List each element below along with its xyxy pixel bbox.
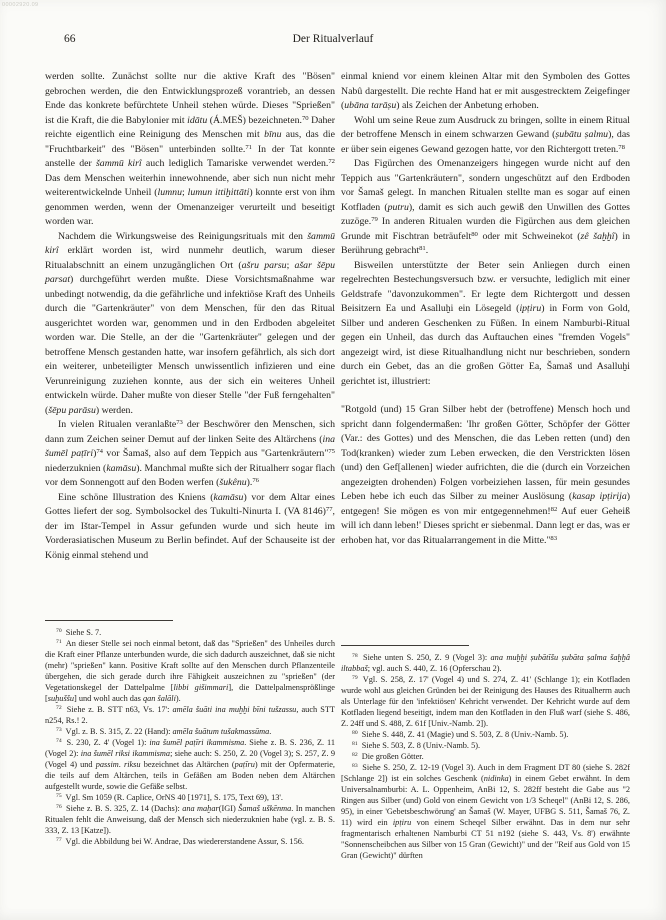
italic-term: qan šalāli — [143, 694, 176, 703]
left-column-body-text: werden sollte. Zunächst sollte nur die a… — [45, 70, 335, 563]
text-run: Siehe z. B. S. 325, Z. 14 (Dachs): — [64, 804, 183, 813]
footnote: 78 Siehe unten S. 250, Z. 9 (Vogel 3): a… — [341, 652, 630, 674]
footnote-reference: 72 — [328, 158, 335, 165]
footnote: 82 Die großen Götter. — [341, 751, 630, 762]
text-run: Die großen Götter. — [360, 752, 424, 761]
text-run: Vgl. S. 258, Z. 17' (Vogel 4) und S. 274… — [341, 675, 630, 728]
text-run: bezeichnet das Altärchen ( — [141, 760, 235, 769]
footnote: 75 Vgl. Sm 1059 (R. Caplice, OrNS 40 [19… — [45, 792, 335, 803]
text-run: ; vgl. auch S. 440, Z. 16 (Opferschau 2)… — [368, 664, 502, 673]
italic-term: paṭīru — [235, 760, 255, 769]
italic-term: riksu — [124, 760, 141, 769]
paragraph: einmal kniend vor einem kleinen Altar mi… — [341, 70, 630, 114]
footnote-number: 82 — [352, 752, 358, 758]
text-run: Siehe S. 503, Z. 8 (Univ.-Namb. 5). — [360, 741, 480, 750]
italic-term: ṣubātu ṣalmu — [555, 129, 608, 140]
text-run: ] und wohl auch das — [74, 694, 143, 703]
text-run: Siehe S. 448, Z. 41 (Magie) und S. 503, … — [360, 730, 569, 739]
paragraph: Wohl um seine Reue zum Ausdruck zu bring… — [341, 114, 630, 158]
italic-term: bīnu — [264, 129, 281, 140]
footnote-reference: 71 — [245, 144, 252, 151]
italic-term: šammū kirî — [96, 158, 142, 169]
footnote-reference: 80 — [471, 231, 478, 238]
text-run: ) als Zeichen der Anbetung erhoben. — [396, 100, 539, 111]
paragraph: Nachdem die Wirkungsweise des Reinigungs… — [45, 230, 335, 419]
text-run: ) durchgeführt werden mußte. Diese Vorsi… — [45, 274, 335, 416]
text-run: auch lediglich Tamariske verwendet werde… — [142, 158, 329, 169]
scan-artifact-mark: 00002920.09 — [2, 2, 39, 8]
italic-term: ašru parsu — [242, 260, 287, 271]
italic-term: ana maḫar — [182, 804, 219, 813]
paragraph: werden sollte. Zunächst sollte nur die a… — [45, 70, 335, 230]
footnote-reference: 74 — [96, 448, 103, 455]
italic-term: lumun ittiḫittāti — [188, 187, 250, 198]
italic-term: kamāsu — [214, 492, 244, 503]
text-run: Siehe unten S. 250, Z. 9 (Vogel 3): — [360, 653, 491, 662]
footnote-number: 74 — [56, 738, 62, 744]
footnote: 83 Siehe S. 250, Z. 12-19 (Vogel 3). Auc… — [341, 762, 630, 861]
italic-term: libbi gišimmari — [174, 683, 229, 692]
text-run: Siehe S. 7. — [64, 628, 102, 637]
italic-term: suḫuššu — [48, 694, 74, 703]
footnote-number: 81 — [352, 741, 358, 747]
footnote-reference: 79 — [371, 216, 378, 223]
text-run: ). — [176, 694, 181, 703]
text-run: ) in Form von Gold, Silber und anderen G… — [341, 303, 630, 387]
footnote-reference: 77 — [326, 506, 333, 513]
italic-term: kamāsu — [106, 463, 136, 474]
right-column-body-text: einmal kniend vor einem kleinen Altar mi… — [341, 70, 630, 548]
text-run: In vielen Ritualen veranlaßte — [58, 419, 176, 430]
footnote-number: 77 — [56, 837, 62, 843]
text-run: Siehe z. B. STT n63, Vs. 17': — [64, 705, 173, 714]
text-run: Eine schöne Illustration des Kniens ( — [58, 492, 214, 503]
right-column-footnotes: 78 Siehe unten S. 250, Z. 9 (Vogel 3): a… — [341, 652, 630, 861]
italic-term: nidinka — [484, 774, 509, 783]
footnote-number: 71 — [56, 639, 62, 645]
footnote: 70 Siehe S. 7. — [45, 627, 335, 638]
paragraph: Das Figürchen des Omenanzeigers hingegen… — [341, 157, 630, 259]
text-run: Nachdem die Wirkungsweise des Reinigungs… — [58, 231, 307, 242]
footnote-reference: 81 — [419, 245, 426, 252]
book-page-scan: { "page": { "scan_mark": "00002920.09", … — [0, 0, 666, 920]
footnote-reference: 75 — [328, 448, 335, 455]
italic-term: idātu — [187, 115, 207, 126]
footnote: 81 Siehe S. 503, Z. 8 (Univ.-Namb. 5). — [341, 740, 630, 751]
italic-term: Šamaš uškēnma — [238, 804, 291, 813]
paragraph: Eine schöne Illustration des Kniens (kam… — [45, 491, 335, 564]
text-run: (IGI) — [219, 804, 238, 813]
footnote: 77 Vgl. die Abbildung bei W. Andrae, Das… — [45, 836, 335, 847]
footnote-reference: 70 — [302, 115, 309, 122]
footnote-number: 73 — [56, 727, 62, 733]
italic-term: ipṭiru — [519, 303, 541, 314]
footnote-number: 79 — [352, 675, 358, 681]
footnote-number: 72 — [56, 705, 62, 711]
footnote-separator-left — [45, 620, 173, 621]
footnote: 76 Siehe z. B. S. 325, Z. 14 (Dachs): an… — [45, 803, 335, 836]
footnote: 73 Vgl. z. B. S. 315, Z. 22 (Hand): amēl… — [45, 726, 335, 737]
text-run: . — [269, 727, 271, 736]
footnote-number: 83 — [352, 763, 358, 769]
running-title: Der Ritualverlauf — [0, 33, 666, 45]
footnote-number: 70 — [56, 628, 62, 634]
italic-term: šukênu — [219, 477, 246, 488]
text-run: (Á.MEŠ) bezeichneten. — [207, 115, 302, 126]
footnote: 71 An dieser Stelle sei noch einmal beto… — [45, 638, 335, 704]
footnote-reference: 83 — [550, 535, 557, 542]
footnote: 74 S. 230, Z. 4' (Vogel 1): ina šumēl pa… — [45, 737, 335, 792]
footnote-reference: 73 — [176, 419, 183, 426]
italic-term: kasap ipṭirija — [572, 491, 627, 502]
text-run: vor Šamaš, also auf dem Teppich aus "Gar… — [103, 448, 328, 459]
text-run: . — [426, 245, 428, 256]
footnote: 79 Vgl. S. 258, Z. 17' (Vogel 4) und S. … — [341, 674, 630, 729]
italic-term: šēpu parāsu — [48, 405, 96, 416]
text-run: Vgl. die Abbildung bei W. Andrae, Das wi… — [64, 837, 304, 846]
italic-term: zê šaḫḫî — [581, 231, 615, 242]
paragraph: "Rotgold (und) 15 Gran Silber hebt der (… — [341, 403, 630, 548]
text-run: niederzuknien ( — [45, 463, 106, 474]
footnote-number: 78 — [352, 653, 358, 659]
italic-term: ipṭiru — [393, 818, 411, 827]
footnote-reference: 78 — [618, 144, 625, 151]
italic-term: lumnu — [157, 187, 182, 198]
paragraph: In vielen Ritualen veranlaßte73 der Besc… — [45, 418, 335, 491]
text-run: "Rotgold (und) 15 Gran Silber hebt der (… — [341, 404, 630, 502]
footnote-reference: 82 — [551, 506, 558, 513]
footnote: 80 Siehe S. 448, Z. 41 (Magie) und S. 50… — [341, 729, 630, 740]
text-run: Vgl. Sm 1059 (R. Caplice, OrNS 40 [1971]… — [64, 793, 283, 802]
italic-term: amēla šuātum tušakmassūma — [172, 727, 269, 736]
text-run: Vgl. z. B. S. 315, Z. 22 (Hand): — [64, 727, 173, 736]
text-run: ) werden. — [96, 405, 133, 416]
text-run: oder mit Schweinekot ( — [478, 231, 581, 242]
footnote-number: 76 — [56, 804, 62, 810]
left-column-footnotes: 70 Siehe S. 7.71 An dieser Stelle sei no… — [45, 627, 335, 847]
italic-term: amēla šuāti ina muḫḫi bīni tušzassu — [173, 705, 297, 714]
footnote: 72 Siehe z. B. STT n63, Vs. 17': amēla š… — [45, 704, 335, 726]
paragraph: Bisweilen unterstützte der Beter sein An… — [341, 259, 630, 390]
italic-term: ubāna tarāṣu — [344, 100, 396, 111]
italic-term: ina šumēl riksi ikammisma — [81, 749, 170, 758]
italic-term: putru — [388, 202, 409, 213]
footnote-number: 75 — [56, 793, 62, 799]
footnote-reference: 76 — [252, 477, 259, 484]
italic-term: passim — [96, 760, 119, 769]
footnote-separator-right — [341, 645, 469, 646]
footnote-number: 80 — [352, 730, 358, 736]
italic-term: ina šumēl paṭīri ikammisma — [149, 738, 244, 747]
text-run: S. 230, Z. 4' (Vogel 1): — [64, 738, 150, 747]
